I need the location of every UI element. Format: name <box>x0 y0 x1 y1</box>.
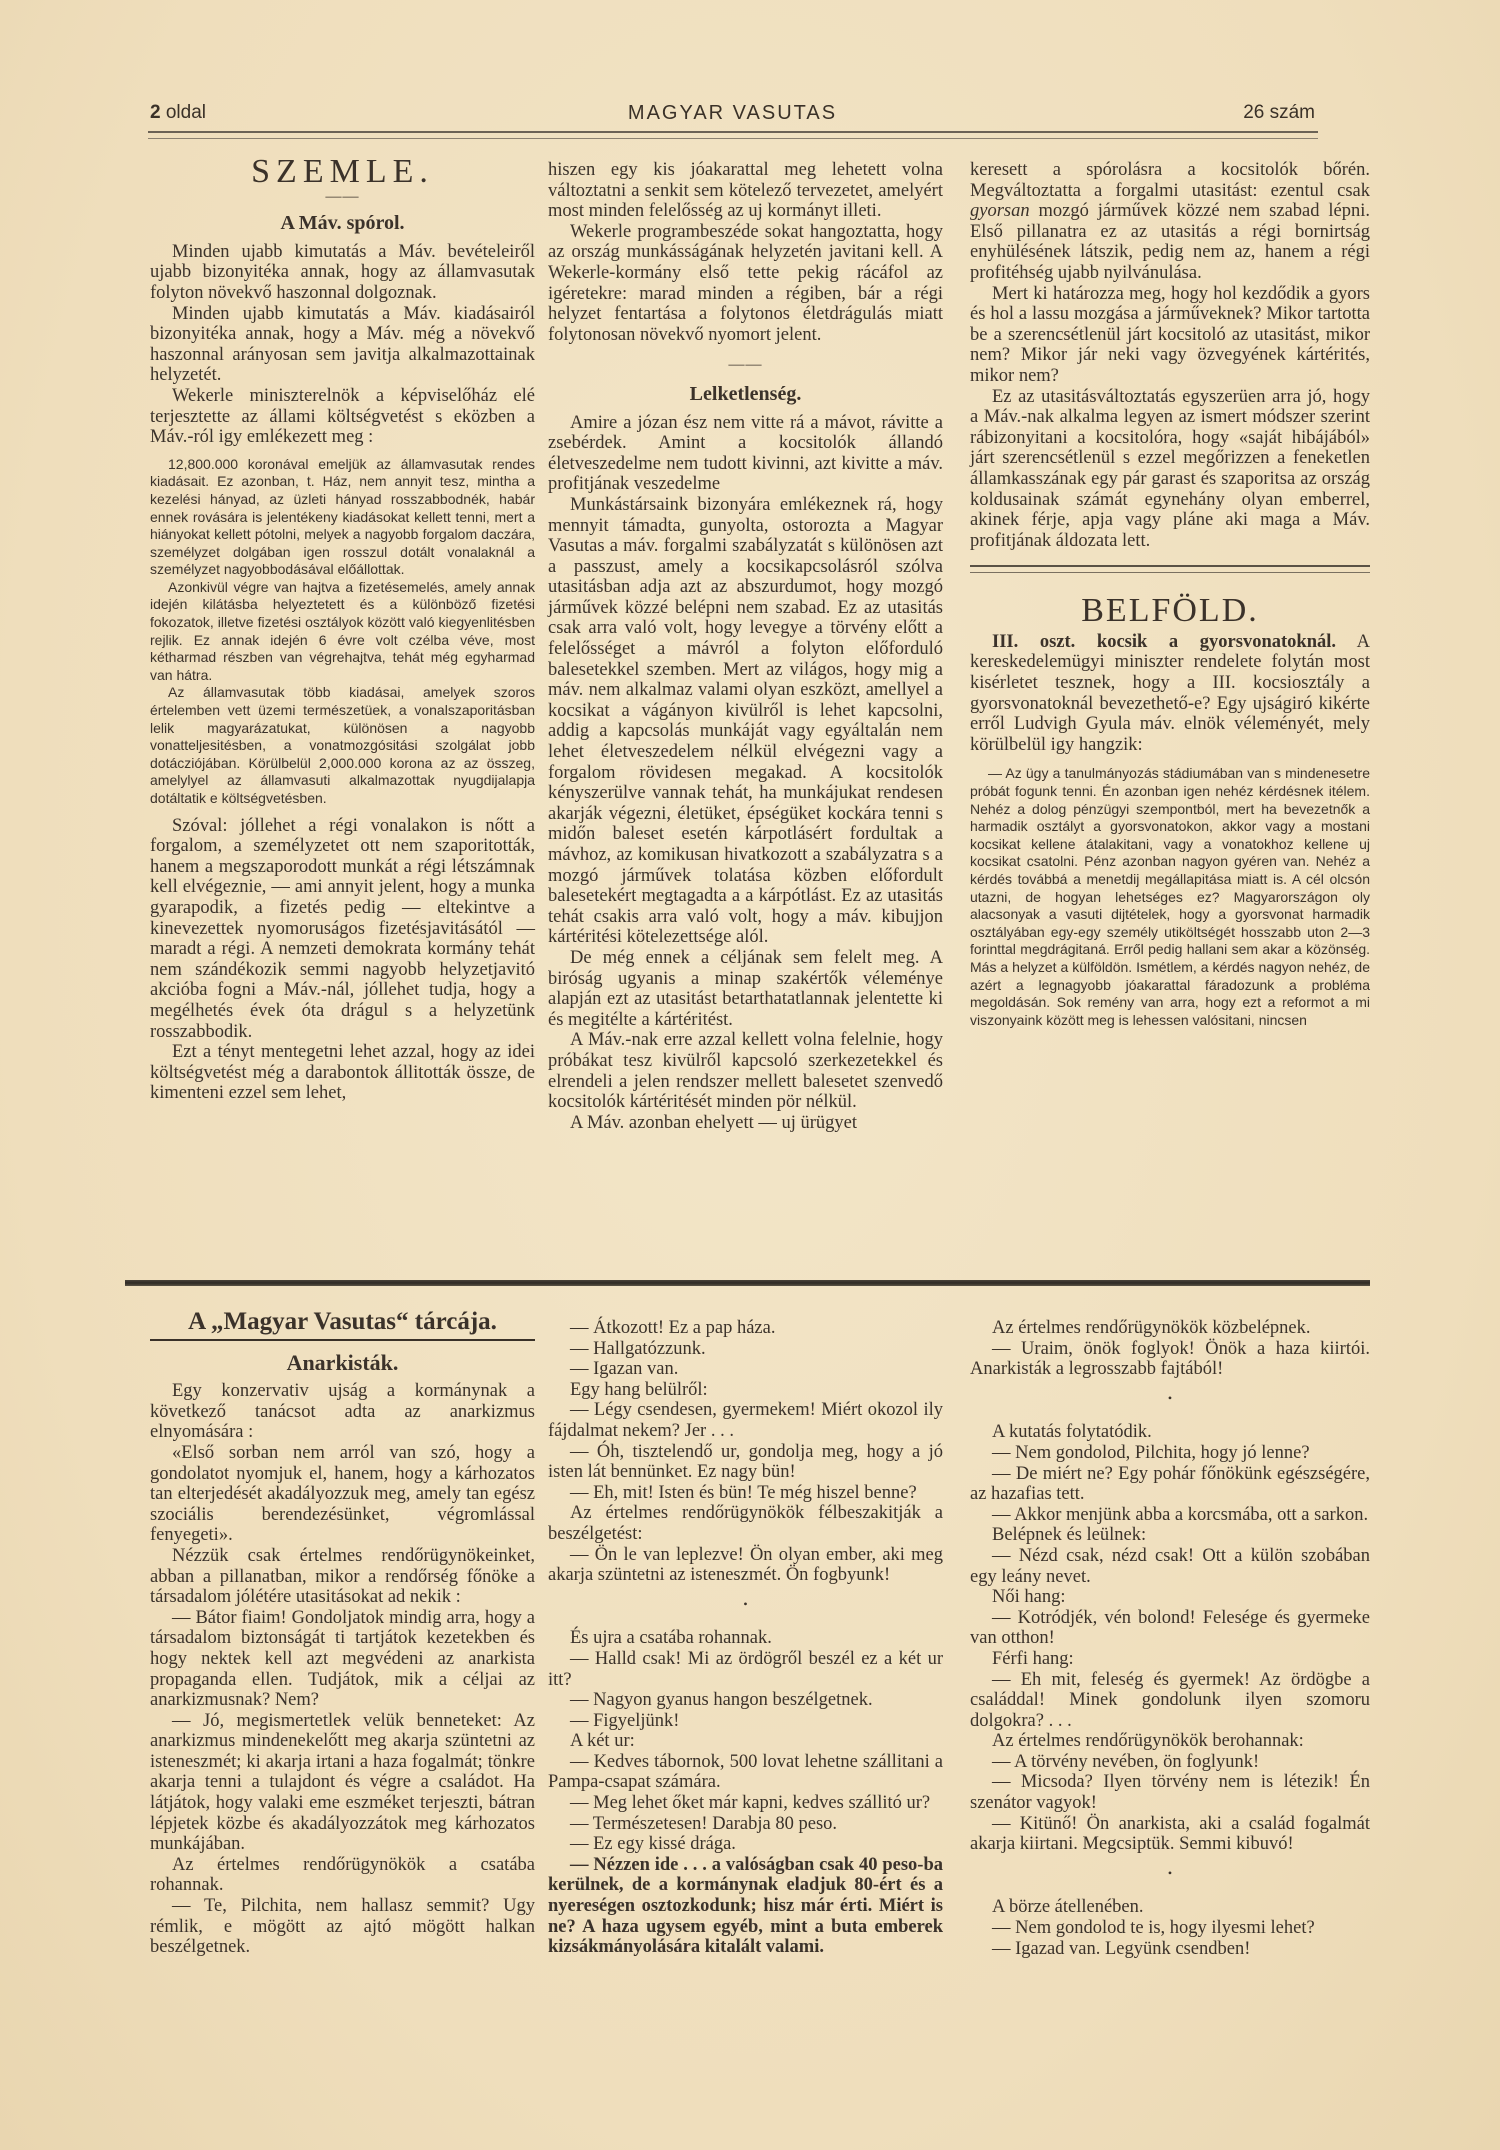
szemle-column-1: SZEMLE. —— A Máv. spórol. Minden ujabb k… <box>150 160 535 1104</box>
paragraph: Az értelmes rendőrügynökök közbelépnek. <box>970 1318 1370 1339</box>
paragraph: — Nézd csak, nézd csak! Ott a külön szob… <box>970 1546 1370 1587</box>
scene-separator: • <box>970 1863 1370 1884</box>
budget-quote: 12,800.000 koronával emeljük az államvas… <box>150 456 535 808</box>
paragraph: hiszen egy kis jóakarattal meg lehetett … <box>548 160 943 222</box>
paragraph: És ujra a csatába rohannak. <box>548 1628 943 1649</box>
header-rule <box>148 131 1318 139</box>
paragraph: — Igazad van. Legyünk csendben! <box>970 1939 1370 1960</box>
belfold-lead-paragraph: III. oszt. kocsik a gyorsvonatoknál. A k… <box>970 632 1370 756</box>
paragraph: — Nézzen ide . . . a valóságban csak 40 … <box>548 1855 943 1958</box>
paragraph: Szóval: jóllehet a régi vonalakon is nőt… <box>150 816 535 1043</box>
masthead-title: MAGYAR VASUTAS <box>150 102 1315 125</box>
paragraph: — Kotródjék, vén bolond! Felesége és gye… <box>970 1608 1370 1649</box>
quote-paragraph: 12,800.000 koronával emeljük az államvas… <box>150 456 535 579</box>
paragraph: Ezt a tényt mentegetni lehet azzal, hogy… <box>150 1042 535 1104</box>
article-title: A Máv. spórol. <box>150 213 535 234</box>
paragraph: — Légy csendesen, gyermekem! Miért okozo… <box>548 1400 943 1441</box>
paragraph: Ez az utasitásváltoztatás egyszerüen arr… <box>970 387 1370 552</box>
paragraph: — Ez egy kissé drága. <box>548 1834 943 1855</box>
tarca-column-1: A „Magyar Vasutas“ tárcája. Anarkisták. … <box>150 1312 535 1958</box>
paragraph: Minden ujabb kimutatás a Máv. kiadásairó… <box>150 304 535 386</box>
quote-paragraph: Az államvasutak több kiadásai, amelyek s… <box>150 684 535 807</box>
paragraph: — Figyeljünk! <box>548 1711 943 1732</box>
paragraph: Munkástársaink bizonyára emlékeznek rá, … <box>548 495 943 948</box>
issue-number: 26 szám <box>1243 102 1315 124</box>
newspaper-page: 2 oldal MAGYAR VASUTAS 26 szám SZEMLE. —… <box>0 0 1500 2150</box>
paragraph: Wekerle miniszterelnök a képviselőház el… <box>150 386 535 448</box>
paragraph: keresett a spórolásra a kocsitolók bőrén… <box>970 160 1370 284</box>
belfold-quote: — Az ügy a tanulmányozás stádiumában van… <box>970 765 1370 1029</box>
paragraph: — Kitünő! Ön anarkista, aki a család fog… <box>970 1814 1370 1855</box>
paragraph: Belépnek és leülnek: <box>970 1525 1370 1546</box>
article-title: Lelketlenség. <box>548 384 943 405</box>
section-title-szemle: SZEMLE. <box>150 162 535 183</box>
quote-paragraph: Azonkivül végre van hajtva a fizetésemel… <box>150 579 535 685</box>
tarca-column-3: Az értelmes rendőrügynökök közbelépnek. … <box>970 1318 1370 1959</box>
paragraph: — Te, Pilchita, nem hallasz semmit? Ugy … <box>150 1896 535 1958</box>
paragraph: — Igazan van. <box>548 1359 943 1380</box>
paragraph: — Ön le van leplezve! Ön olyan ember, ak… <box>548 1545 943 1586</box>
paragraph: Amire a józan ész nem vitte rá a mávot, … <box>548 413 943 495</box>
quote-paragraph: — Az ügy a tanulmányozás stádiumában van… <box>970 765 1370 1029</box>
paragraph: — Meg lehet őket már kapni, kedves száll… <box>548 1793 943 1814</box>
tarca-divider <box>125 1280 1370 1286</box>
scene-separator: • <box>970 1388 1370 1409</box>
paragraph: «Első sorban nem arról van szó, hogy a g… <box>150 1443 535 1546</box>
belfold-lead: III. oszt. kocsik a gyorsvonatoknál. <box>992 632 1336 652</box>
paragraph: A Máv.-nak erre azzal kellett volna fele… <box>548 1030 943 1112</box>
paragraph: — Eh, mit! Isten és bün! Te még hiszel b… <box>548 1483 943 1504</box>
paragraph: — Kedves tábornok, 500 lovat lehetne szá… <box>548 1752 943 1793</box>
paragraph: — Akkor menjünk abba a korcsmába, ott a … <box>970 1505 1370 1526</box>
paragraph: Egy hang belülről: <box>548 1380 943 1401</box>
paragraph: — A törvény nevében, ön foglyunk! <box>970 1752 1370 1773</box>
szemle-column-3: keresett a spórolásra a kocsitolók bőrén… <box>970 160 1370 1029</box>
paragraph: Nézzük csak értelmes rendőrügynökeinket,… <box>150 1546 535 1608</box>
paragraph: — Természetesen! Darabja 80 peso. <box>548 1814 943 1835</box>
paragraph: A börze átellenében. <box>970 1897 1370 1918</box>
divider: —— <box>548 355 943 376</box>
scene-separator: • <box>548 1594 943 1615</box>
paragraph: — De miért ne? Egy pohár főnökünk egészs… <box>970 1464 1370 1505</box>
paragraph: A kutatás folytatódik. <box>970 1422 1370 1443</box>
paragraph: — Bátor fiaim! Gondoljatok mindig arra, … <box>150 1608 535 1711</box>
divider: —— <box>150 187 535 208</box>
paragraph: Női hang: <box>970 1587 1370 1608</box>
page-header: 2 oldal MAGYAR VASUTAS 26 szám <box>150 100 1315 130</box>
section-rule <box>970 565 1370 573</box>
paragraph: — Nem gondolod te is, hogy ilyesmi lehet… <box>970 1918 1370 1939</box>
paragraph: Az értelmes rendőrügynökök félbeszakitjá… <box>548 1503 943 1544</box>
paragraph: A két ur: <box>548 1731 943 1752</box>
story-title: Anarkisták. <box>150 1353 535 1374</box>
paragraph: — Micsoda? Ilyen törvény nem is létezik!… <box>970 1772 1370 1813</box>
szemle-column-2: hiszen egy kis jóakarattal meg lehetett … <box>548 160 943 1133</box>
paragraph: Férfi hang: <box>970 1649 1370 1670</box>
paragraph: Minden ujabb kimutatás a Máv. bevételeir… <box>150 242 535 304</box>
paragraph: — Óh, tisztelendő ur, gondolja meg, hogy… <box>548 1442 943 1483</box>
tarca-header: A „Magyar Vasutas“ tárcája. <box>150 1312 535 1341</box>
paragraph: A Máv. azonban ehelyett — uj ürügyet <box>548 1113 943 1134</box>
tarca-column-2: — Átkozott! Ez a pap háza. — Hallgatózzu… <box>548 1318 943 1958</box>
paragraph: Az értelmes rendőrügynökök a csatába roh… <box>150 1855 535 1896</box>
paragraph: — Halld csak! Mi az ördögről beszél ez a… <box>548 1649 943 1690</box>
paragraph: Mert ki határozza meg, hogy hol kezdődik… <box>970 284 1370 387</box>
paragraph: De még ennek a céljának sem felelt meg. … <box>548 948 943 1030</box>
paragraph: — Hallgatózzunk. <box>548 1339 943 1360</box>
emphasis: gyorsan <box>970 201 1030 221</box>
paragraph: — Nem gondolod, Pilchita, hogy jó lenne? <box>970 1443 1370 1464</box>
paragraph: — Nagyon gyanus hangon beszélgetnek. <box>548 1690 943 1711</box>
paragraph: — Átkozott! Ez a pap háza. <box>548 1318 943 1339</box>
paragraph: Egy konzervativ ujság a kormánynak a köv… <box>150 1381 535 1443</box>
paragraph: — Jó, megismertetlek velük benneteket: A… <box>150 1711 535 1855</box>
paragraph: — Eh mit, feleség és gyermek! Az ördögbe… <box>970 1670 1370 1732</box>
section-title-belfold: BELFÖLD. <box>970 601 1370 622</box>
paragraph: — Uraim, önök foglyok! Önök a haza kiirt… <box>970 1339 1370 1380</box>
paragraph: Az értelmes rendőrügynökök berohannak: <box>970 1731 1370 1752</box>
paragraph: Wekerle programbeszéde sokat hangoztatta… <box>548 222 943 346</box>
